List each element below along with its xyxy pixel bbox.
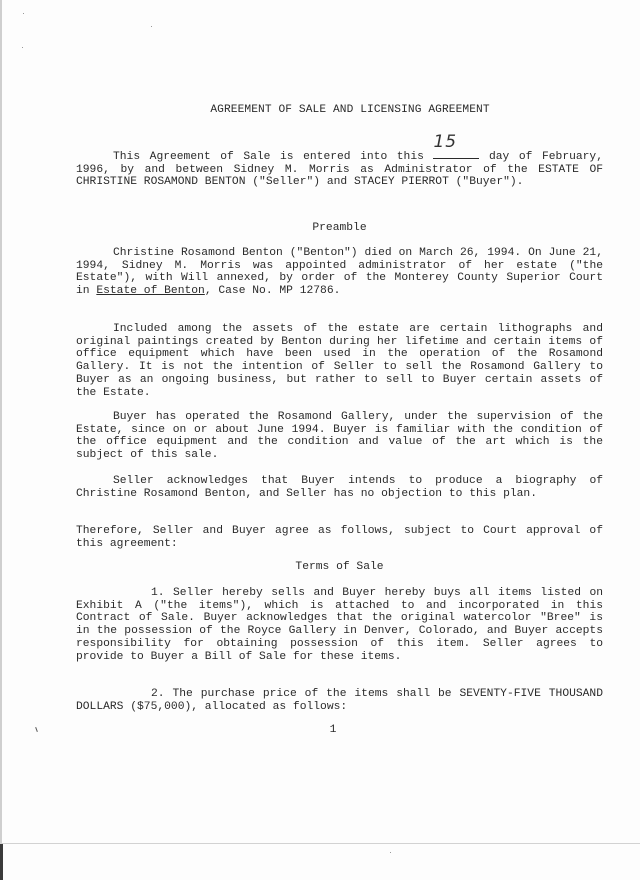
term-1-text: 1. Seller hereby sells and Buyer hereby … xyxy=(76,587,603,663)
preamble-p1-text-end: , Case No. MP 12786. xyxy=(205,285,341,297)
document-title: AGREEMENT OF SALE AND LICENSING AGREEMEN… xyxy=(30,104,640,116)
scan-fold-line xyxy=(0,843,640,844)
preamble-paragraph-1: Christine Rosamond Benton ("Benton") die… xyxy=(76,247,603,298)
case-name: Estate of Benton xyxy=(96,285,204,297)
intro-paragraph: This Agreement of Sale is entered into t… xyxy=(76,146,603,189)
intro-text-start: This Agreement of Sale is entered into t… xyxy=(113,151,433,163)
term-1-paragraph: 1. Seller hereby sells and Buyer hereby … xyxy=(76,587,603,663)
therefore-paragraph: Therefore, Seller and Buyer agree as fol… xyxy=(76,525,603,550)
scan-edge-shadow xyxy=(0,844,3,880)
scan-speck xyxy=(151,26,152,27)
preamble-p2-text: Included among the assets of the estate … xyxy=(76,323,603,399)
preamble-paragraph-4: Seller acknowledges that Buyer intends t… xyxy=(76,475,603,500)
handwritten-day: 15 xyxy=(433,136,479,149)
preamble-heading: Preamble xyxy=(76,222,603,234)
preamble-paragraph-3: Buyer has operated the Rosamond Gallery,… xyxy=(76,411,603,462)
document-page: AGREEMENT OF SALE AND LICENSING AGREEMEN… xyxy=(0,0,640,880)
scan-speck xyxy=(390,852,391,853)
scan-speck xyxy=(22,47,23,48)
day-blank-field: 15 xyxy=(433,146,479,159)
terms-heading: Terms of Sale xyxy=(76,561,603,573)
scan-edge xyxy=(0,0,2,880)
preamble-paragraph-2: Included among the assets of the estate … xyxy=(76,323,603,399)
term-2-text: 2. The purchase price of the items shall… xyxy=(76,688,603,713)
preamble-p4-text: Seller acknowledges that Buyer intends t… xyxy=(76,475,603,500)
scan-speck xyxy=(23,13,24,14)
term-2-paragraph: 2. The purchase price of the items shall… xyxy=(76,688,603,713)
preamble-p3-text: Buyer has operated the Rosamond Gallery,… xyxy=(76,411,603,461)
page-number: 1 xyxy=(13,724,640,736)
therefore-text: Therefore, Seller and Buyer agree as fol… xyxy=(76,525,603,550)
